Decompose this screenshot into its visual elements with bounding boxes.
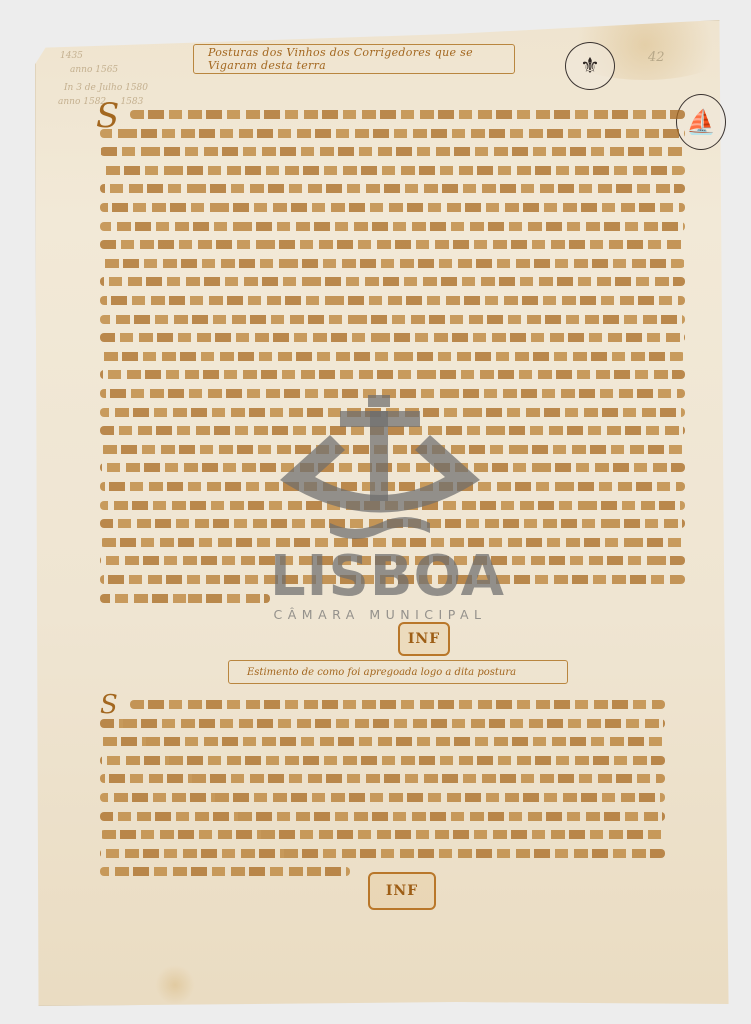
script-line <box>100 737 665 746</box>
drop-initial: S <box>100 690 118 720</box>
coat-of-arms-stamp-icon: ⚜ <box>565 42 615 90</box>
margin-note: 1435 <box>60 50 83 63</box>
script-line <box>100 774 665 783</box>
script-line <box>100 719 665 728</box>
script-line <box>100 315 685 324</box>
script-line <box>100 240 685 249</box>
script-line <box>130 700 665 709</box>
notarial-sign: INF <box>368 872 436 910</box>
anchor-logo-icon <box>270 395 490 545</box>
script-line <box>100 370 685 379</box>
script-line <box>100 129 685 138</box>
script-line <box>100 203 685 212</box>
script-line <box>100 793 665 802</box>
script-line <box>100 830 665 839</box>
script-line <box>100 756 665 765</box>
script-line <box>100 166 685 175</box>
script-line <box>100 594 270 603</box>
folio-number: 42 <box>648 50 665 65</box>
watermark-subtitle: CÂMARA MUNICIPAL <box>270 607 490 622</box>
script-line <box>100 147 685 156</box>
heading-rubric: Posturas dos Vinhos dos Corrigedores que… <box>208 46 514 72</box>
script-line <box>100 296 685 305</box>
script-line <box>100 222 685 231</box>
second-rubric-box: Estimento de como foi apregoada logo a d… <box>228 660 568 684</box>
watermark: LISBOA CÂMARA MUNICIPAL <box>270 395 490 622</box>
second-rubric: Estimento de como foi apregoada logo a d… <box>247 667 516 678</box>
margin-note: anno 1565 <box>70 64 118 77</box>
script-line <box>100 849 665 858</box>
script-line <box>100 184 685 193</box>
script-line <box>130 110 685 119</box>
stain <box>155 965 195 1005</box>
watermark-word: LISBOA <box>270 549 490 605</box>
script-line <box>100 812 665 821</box>
notarial-sign: INF <box>398 622 450 656</box>
heading-rubric-box: Posturas dos Vinhos dos Corrigedores que… <box>193 44 515 74</box>
script-line <box>100 259 685 268</box>
script-line <box>100 352 685 361</box>
margin-note: In 3 de Julho 1580 <box>64 82 148 95</box>
script-line <box>100 867 350 876</box>
ship-stamp-icon: ⛵ <box>676 94 726 150</box>
script-line <box>100 333 685 342</box>
script-line <box>100 277 685 286</box>
